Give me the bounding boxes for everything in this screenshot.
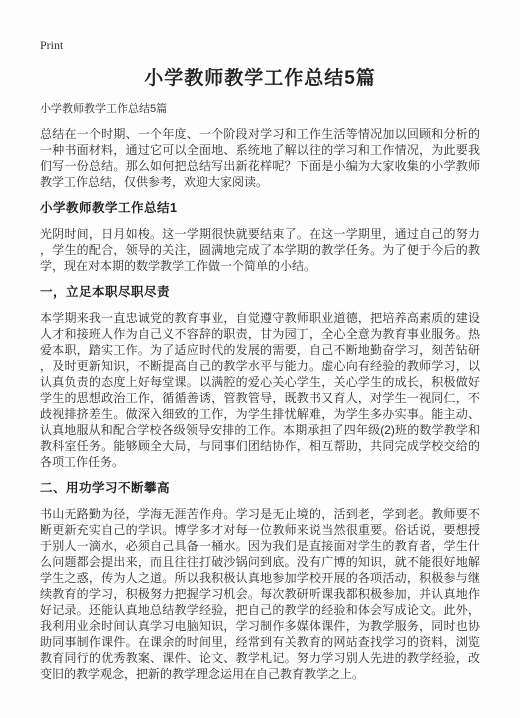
section1-opening-paragraph: 光阴时间，日月如梭。这一学期很快就要结束了。在这一学期里，通过自己的努力，学生的…: [40, 226, 480, 274]
section1-heading: 小学教师教学工作总结1: [40, 200, 480, 216]
document-page: Print 小学教师教学工作总结5篇 小学教师教学工作总结5篇 总结在一个时期、…: [0, 0, 520, 718]
section1-subheading-2: 二、用功学习不断攀高: [40, 480, 480, 496]
section1-subsection2-paragraph: 书山无路勤为径，学海无涯苦作舟。学习是无止境的，活到老，学到老。教师要不断更新充…: [40, 506, 480, 682]
section1-subheading-1: 一，立足本职尽职尽责: [40, 284, 480, 300]
page-title: 小学教师教学工作总结5篇: [40, 66, 480, 92]
intro-paragraph: 总结在一个时期、一个年度、一个阶段对学习和工作生活等情况加以回顾和分析的一种书面…: [40, 126, 480, 190]
section1-subsection1-paragraph: 本学期来我一直忠诚党的教育事业，自觉遵守教师职业道德，把培养高素质的建设人才和接…: [40, 310, 480, 470]
print-link[interactable]: Print: [40, 38, 480, 52]
article-subtitle: 小学教师教学工作总结5篇: [40, 102, 480, 116]
